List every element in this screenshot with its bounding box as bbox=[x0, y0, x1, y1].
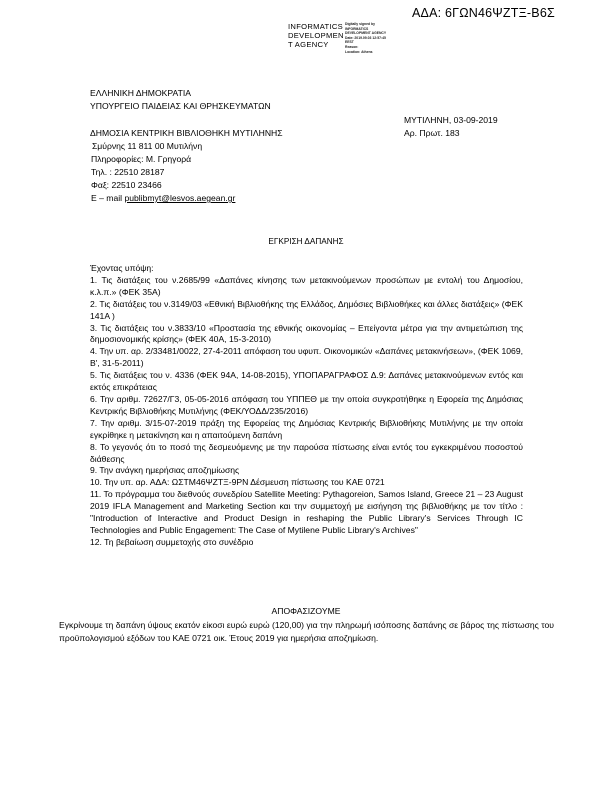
list-item: 7. Την αριθμ. 3/15-07-2019 πράξη της Εφο… bbox=[90, 418, 523, 442]
ada-code: ΑΔΑ: 6ΓΩΝ46ΨΖΤΞ-Β6Σ bbox=[412, 6, 555, 20]
list-item: 4. Την υπ. αρ. 2/33481/0022, 27-4-2011 α… bbox=[90, 346, 523, 370]
considerations: Έχοντας υπόψη: 1. Τις διατάξεις του ν.26… bbox=[90, 263, 523, 549]
sender-ministry: ΥΠΟΥΡΓΕΙΟ ΠΑΙΔΕΙΑΣ ΚΑΙ ΘΡΗΣΚΕΥΜΑΤΩΝ bbox=[90, 101, 271, 113]
signature-line: Location: Athens bbox=[345, 50, 386, 55]
intro: Έχοντας υπόψη: bbox=[90, 263, 523, 275]
list-item: 2. Τις διατάξεις του ν.3149/03 «Εθνική Β… bbox=[90, 299, 523, 323]
logo-line: DEVELOPMEN bbox=[288, 31, 344, 40]
sender-info: Πληροφορίες: Μ. Γρηγορά bbox=[91, 154, 191, 166]
document-title: ΕΓΚΡΙΣΗ ΔΑΠΑΝΗΣ bbox=[0, 237, 612, 246]
email-label: E – mail bbox=[91, 193, 124, 203]
list-item: 12. Τη βεβαίωση συμμετοχής στο συνέδριο bbox=[90, 537, 523, 549]
signature-details: Digitally signed by INFORMATICS DEVELOPM… bbox=[345, 22, 386, 54]
signature-logo: INFORMATICS DEVELOPMEN T AGENCY bbox=[288, 22, 344, 49]
sender-fax: Φαξ: 22510 23466 bbox=[91, 180, 162, 192]
list-item: 5. Τις διατάξεις του ν. 4336 (ΦΕΚ 94Α, 1… bbox=[90, 370, 523, 394]
place-date: ΜΥΤΙΛΗΝΗ, 03-09-2019 bbox=[404, 115, 498, 127]
protocol-number: Αρ. Πρωτ. 183 bbox=[404, 128, 460, 140]
logo-line: T AGENCY bbox=[288, 40, 344, 49]
list-item: 10. Την υπ. αρ. ΑΔΑ: ΩΣΤΜ46ΨΖΤΞ-9ΡΝ Δέσμ… bbox=[90, 477, 523, 489]
sender-library: ΔΗΜΟΣΙΑ ΚΕΝΤΡΙΚΗ ΒΙΒΛΙΟΘΗΚΗ ΜΥΤΙΛΗΝΗΣ bbox=[90, 128, 283, 140]
list-item: 6. Την αριθμ. 72627/Γ3, 05-05-2016 απόφα… bbox=[90, 394, 523, 418]
sender-phone: Τηλ. : 22510 28187 bbox=[91, 167, 164, 179]
list-item: 9. Την ανάγκη ημερήσιας αποζημίωσης bbox=[90, 465, 523, 477]
email-link[interactable]: publibmyt@lesvos.aegean.gr bbox=[124, 193, 235, 203]
sender-address: Σμύρνης 11 811 00 Μυτιλήνη bbox=[92, 141, 202, 153]
logo-line: INFORMATICS bbox=[288, 22, 344, 31]
list-item: 8. Το γεγονός ότι το ποσό της δεσμευόμεν… bbox=[90, 442, 523, 466]
decision-title: ΑΠΟΦΑΣΙΖΟΥΜΕ bbox=[0, 606, 612, 616]
list-item: 1. Τις διατάξεις του ν.2685/99 «Δαπάνες … bbox=[90, 275, 523, 299]
sender-email-row: E – mail publibmyt@lesvos.aegean.gr bbox=[91, 193, 235, 205]
list-item: 11. Το πρόγραμμα του διεθνούς συνεδρίου … bbox=[90, 489, 523, 537]
list-item: 3. Τις διατάξεις του ν.3833/10 «Προστασί… bbox=[90, 323, 523, 347]
decision-text: Εγκρίνουμε τη δαπάνη ύψους εκατόν είκοσι… bbox=[59, 619, 554, 645]
sender-country: ΕΛΛΗΝΙΚΗ ΔΗΜΟΚΡΑΤΙΑ bbox=[90, 88, 191, 100]
